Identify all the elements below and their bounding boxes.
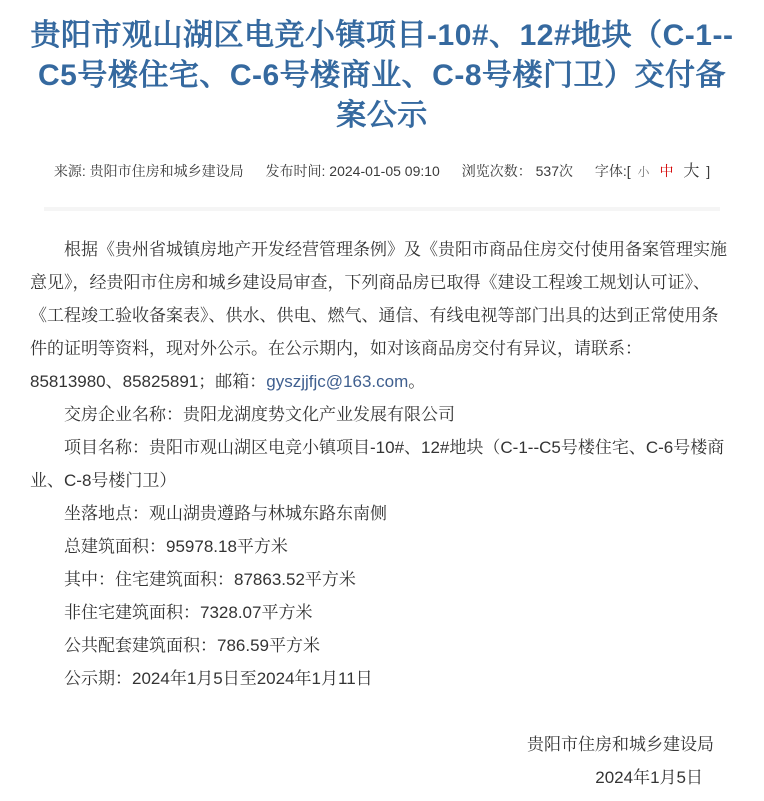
notice-paragraph: 根据《贵州省城镇房地产开发经营管理条例》及《贵阳市商品住房交付使用备案管理实施意… <box>30 233 734 398</box>
publish-time-label: 发布时间: <box>266 163 326 179</box>
font-size-large-button[interactable]: 大 <box>683 163 699 180</box>
info-line-company: 交房企业名称：贵阳龙湖度势文化产业发展有限公司 <box>30 398 734 431</box>
article-meta-bar: 来源: 贵阳市住房和城乡建设局 发布时间: 2024-01-05 09:10 浏… <box>26 158 738 181</box>
view-count-label: 浏览次数： <box>462 163 532 179</box>
signature-name: 贵阳市住房和城乡建设局 <box>30 728 734 761</box>
view-count-value: 537次 <box>536 163 573 179</box>
font-size-medium-button[interactable]: 中 <box>659 163 673 179</box>
font-size-control-bracket-close: ] <box>706 163 710 179</box>
notice-paragraph-text: 根据《贵州省城镇房地产开发经营管理条例》及《贵阳市商品住房交付使用备案管理实施意… <box>30 240 727 391</box>
source-item: 来源: 贵阳市住房和城乡建设局 <box>54 163 248 179</box>
article-header: 贵阳市观山湖区电竞小镇项目-10#、12#地块（C-1--C5号楼住宅、C-6号… <box>0 0 764 211</box>
page-title: 贵阳市观山湖区电竞小镇项目-10#、12#地块（C-1--C5号楼住宅、C-6号… <box>26 16 738 136</box>
font-size-control: 字体:[ 小 中 大 ] <box>595 163 710 179</box>
info-line-notice-period: 公示期：2024年1月5日至2024年1月11日 <box>30 662 734 695</box>
email-link[interactable]: gyszjjfjc@163.com <box>266 372 408 391</box>
notice-page: 贵阳市观山湖区电竞小镇项目-10#、12#地块（C-1--C5号楼住宅、C-6号… <box>0 0 764 801</box>
info-line-project-name: 项目名称：贵阳市观山湖区电竞小镇项目-10#、12#地块（C-1--C5号楼住宅… <box>30 431 734 497</box>
notice-paragraph-period: 。 <box>408 372 425 391</box>
info-line-nonres-area: 非住宅建筑面积：7328.07平方米 <box>30 596 734 629</box>
article-content: 根据《贵州省城镇房地产开发经营管理条例》及《贵阳市商品住房交付使用备案管理实施意… <box>0 211 764 794</box>
info-line-resident-area: 其中：住宅建筑面积：87863.52平方米 <box>30 563 734 596</box>
info-line-public-area: 公共配套建筑面积：786.59平方米 <box>30 629 734 662</box>
signature-date: 2024年1月5日 <box>30 761 734 794</box>
source-label: 来源: <box>54 163 86 179</box>
font-size-control-label: 字体:[ <box>595 163 631 179</box>
source-value: 贵阳市住房和城乡建设局 <box>90 163 244 179</box>
publish-time-item: 发布时间: 2024-01-05 09:10 <box>266 163 444 179</box>
font-size-small-button[interactable]: 小 <box>638 165 650 179</box>
info-line-location: 坐落地点：观山湖贵遵路与林城东路东南侧 <box>30 497 734 530</box>
signature-block: 贵阳市住房和城乡建设局 2024年1月5日 <box>30 728 734 794</box>
view-count-item: 浏览次数： 537次 <box>462 163 577 179</box>
publish-time-value: 2024-01-05 09:10 <box>329 163 440 179</box>
info-line-total-area: 总建筑面积：95978.18平方米 <box>30 530 734 563</box>
